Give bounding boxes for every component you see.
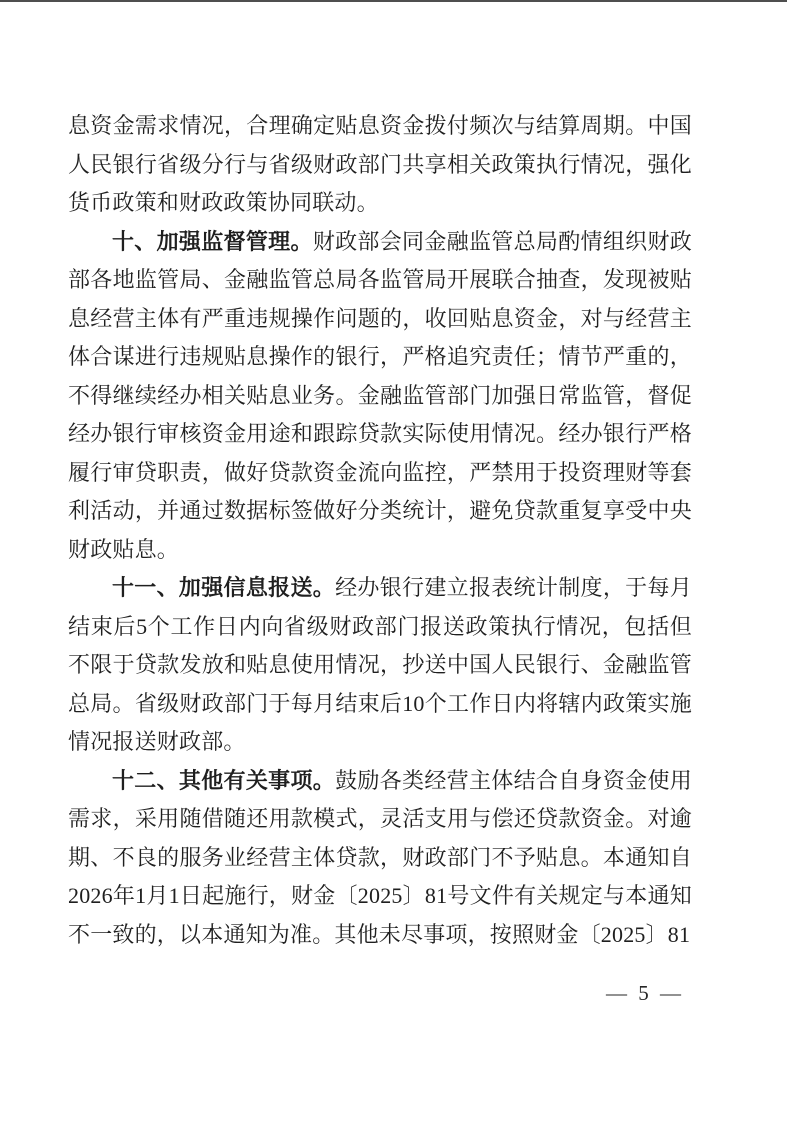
paragraph-section-12: 十二、其他有关事项。鼓励各类经营主体结合自身资金使用需求，采用随借随还用款模式，… — [68, 762, 692, 955]
document-body: 息资金需求情况，合理确定贴息资金拨付频次与结算周期。中国人民银行省级分行与省级财… — [68, 107, 692, 954]
paragraph-text: 息资金需求情况，合理确定贴息资金拨付频次与结算周期。中国人民银行省级分行与省级财… — [68, 113, 692, 215]
page-number: — 5 — — [606, 981, 684, 1006]
paragraph-text: 鼓励各类经营主体结合自身资金使用需求，采用随借随还用款模式，灵活支用与偿还贷款资… — [68, 768, 692, 947]
paragraph-text: 财政部会同金融监管总局酌情组织财政部各地监管局、金融监管总局各监管局开展联合抽查… — [68, 229, 692, 562]
scan-edge-line — [0, 0, 787, 2]
section-heading-12: 十二、其他有关事项。 — [112, 768, 335, 793]
paragraph-section-10: 十、加强监督管理。财政部会同金融监管总局酌情组织财政部各地监管局、金融监管总局各… — [68, 223, 692, 570]
scanned-document-page: { "document": { "paragraphs": [ { "lead"… — [0, 0, 787, 1132]
paragraph-section-11: 十一、加强信息报送。经办银行建立报表统计制度，于每月结束后5个工作日内向省级财政… — [68, 569, 692, 762]
section-heading-11: 十一、加强信息报送。 — [112, 575, 335, 600]
paragraph-text: 经办银行建立报表统计制度，于每月结束后5个工作日内向省级财政部门报送政策执行情况… — [68, 575, 692, 754]
section-heading-10: 十、加强监督管理。 — [112, 229, 313, 254]
paragraph-continuation: 息资金需求情况，合理确定贴息资金拨付频次与结算周期。中国人民银行省级分行与省级财… — [68, 107, 692, 223]
